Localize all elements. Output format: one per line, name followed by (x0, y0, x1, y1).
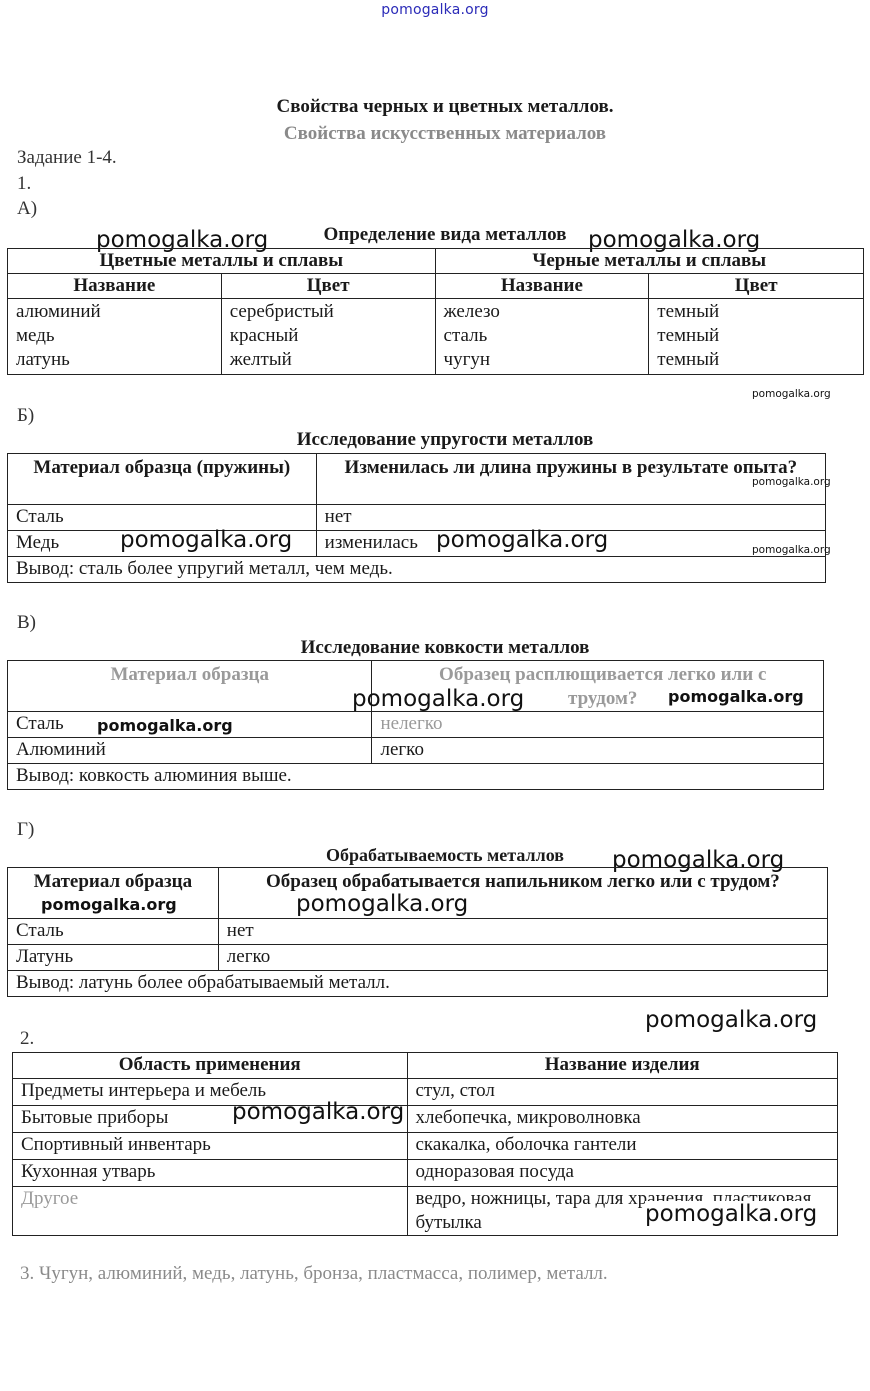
table-a-caption: Определение вида металлов (300, 224, 590, 246)
group-header-nonferrous: Цветные металлы и сплавы (8, 249, 436, 274)
watermark: pomogalka.org (120, 527, 292, 553)
table-metal-types: Цветные металлы и сплавы Черные металлы … (7, 248, 864, 375)
table-cell: одноразовая посуда (407, 1160, 838, 1187)
table-b-caption: Исследование упругости металлов (240, 429, 650, 451)
table-cell: железостальчугун (435, 299, 649, 375)
page-title: Свойства черных и цветных металлов. (0, 96, 870, 118)
part-g-label: Г) (17, 819, 34, 841)
table-cell: Латунь (8, 945, 219, 971)
column-header: Материал образца (пружины) (8, 454, 317, 505)
conclusion-cell: Вывод: сталь более упругий металл, чем м… (8, 557, 826, 583)
table-cell: хлебопечка, микроволновка (407, 1106, 838, 1133)
table-cell: стул, стол (407, 1079, 838, 1106)
watermark: pomogalka.org (352, 686, 524, 712)
column-header: Материал образца (8, 661, 372, 712)
table-cell: Сталь (8, 919, 219, 945)
column-header: Название (435, 274, 649, 299)
part-b-label: Б) (17, 405, 34, 427)
part-a-label: А) (17, 198, 37, 220)
watermark: pomogalka.org (668, 687, 804, 706)
table-cell: нет (218, 919, 827, 945)
watermark: pomogalka.org (97, 716, 233, 735)
page-subtitle: Свойства искусственных материалов (0, 123, 870, 145)
column-header: Название (8, 274, 222, 299)
column-header: Название изделия (407, 1053, 838, 1079)
item-2-label: 2. (20, 1028, 34, 1050)
table-cell: Спортивный инвентарь (13, 1133, 408, 1160)
table-g-caption: Обрабатываемость металлов (270, 845, 620, 866)
watermark: pomogalka.org (436, 527, 608, 553)
conclusion-cell: Вывод: ковкость алюминия выше. (8, 764, 824, 790)
column-header: Цвет (649, 274, 864, 299)
column-header: Изменилась ли длина пружины в результате… (316, 454, 825, 505)
table-machinability: Материал образца Образец обрабатывается … (7, 867, 828, 997)
watermark: pomogalka.org (645, 1007, 817, 1033)
answer-3: 3. Чугун, алюминий, медь, латунь, бронза… (20, 1263, 608, 1285)
watermark: pomogalka.org (752, 544, 831, 556)
watermark: pomogalka.org (645, 1201, 817, 1227)
column-header: Цвет (221, 274, 435, 299)
watermark: pomogalka.org (752, 388, 831, 400)
item-1-label: 1. (17, 173, 31, 195)
watermark: pomogalka.org (232, 1099, 404, 1125)
watermark: pomogalka.org (296, 891, 468, 917)
table-cell: алюминиймедьлатунь (8, 299, 222, 375)
table-cell: скакалка, оболочка гантели (407, 1133, 838, 1160)
table-cell: Кухонная утварь (13, 1160, 408, 1187)
conclusion-cell: Вывод: латунь более обрабатываемый метал… (8, 971, 828, 997)
table-cell: нелегко (372, 712, 824, 738)
table-cell: серебристыйкрасныйжелтый (221, 299, 435, 375)
table-cell: Другое (13, 1187, 408, 1236)
column-header: Область применения (13, 1053, 408, 1079)
watermark: pomogalka.org (41, 895, 177, 914)
table-elasticity: Материал образца (пружины) Изменилась ли… (7, 453, 826, 583)
task-label: Задание 1-4. (17, 147, 117, 169)
watermark-top: pomogalka.org (0, 2, 870, 18)
watermark: pomogalka.org (752, 476, 831, 488)
group-header-ferrous: Черные металлы и сплавы (435, 249, 863, 274)
table-v-caption: Исследование ковкости металлов (240, 637, 650, 659)
table-cell: темныйтемныйтемный (649, 299, 864, 375)
part-v-label: В) (17, 612, 36, 634)
table-cell: легко (218, 945, 827, 971)
table-cell: Алюминий (8, 738, 372, 764)
table-cell: легко (372, 738, 824, 764)
